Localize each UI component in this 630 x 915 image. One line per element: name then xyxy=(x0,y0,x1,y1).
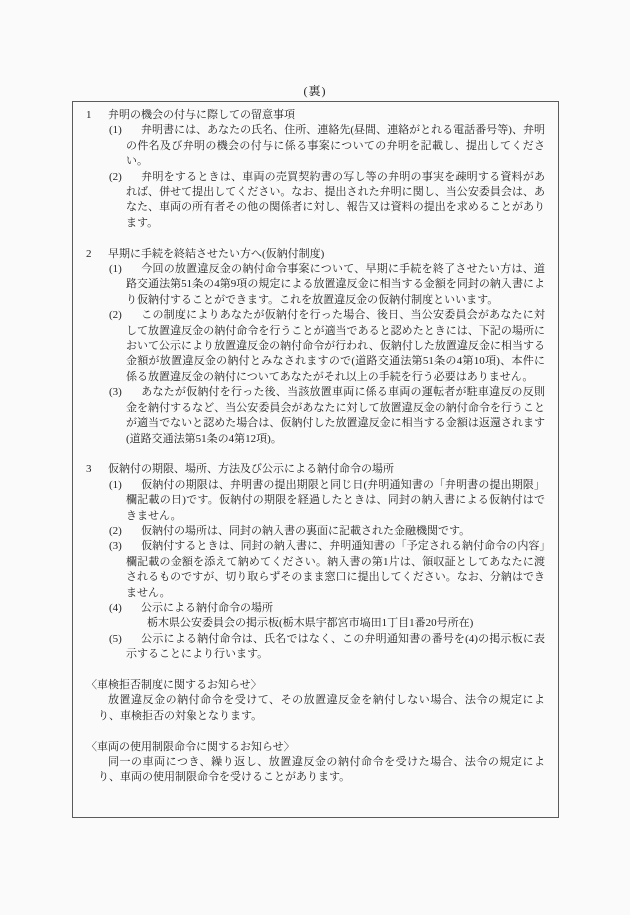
section-kari-nofu-system: 2早期に手続を終結させたい方へ(仮納付制度) (1)今回の放置違反金の納付命令事… xyxy=(86,247,545,447)
notice-body: 放置違反金の納付命令を受けて、その放置違反金を納付しない場合、法令の規定により、… xyxy=(86,693,545,724)
item-text: 弁明をするときは、車両の売買契約書の写し等の弁明の事実を疎明する資料があれば、併… xyxy=(126,171,545,229)
item-text: 仮納付の期限は、弁明書の提出期限と同じ日(弁明通知書の「弁明書の提出期限」欄記載… xyxy=(126,479,545,522)
list-item: (1)仮納付の期限は、弁明書の提出期限と同じ日(弁明通知書の「弁明書の提出期限」… xyxy=(86,478,545,524)
notice-use-restriction: 〈車両の使用制限命令に関するお知らせ〉 同一の車両につき、繰り返し、放置違反金の… xyxy=(86,740,545,786)
item-label: (2) xyxy=(109,170,129,185)
page-side-label: (裏) xyxy=(0,84,630,99)
item-label: (1) xyxy=(109,262,129,277)
section-heading: 3仮納付の期限、場所、方法及び公示による納付命令の場所 xyxy=(86,462,545,477)
section-heading: 1弁明の機会の付与に際しての留意事項 xyxy=(86,108,545,123)
list-item: (2)仮納付の場所は、同封の納入書の裏面に記載された金融機関です。 xyxy=(86,524,545,539)
section-number: 1 xyxy=(86,108,96,123)
section-number: 3 xyxy=(86,462,96,477)
item-text: 仮納付の場所は、同封の納入書の裏面に記載された金融機関です。 xyxy=(141,525,470,537)
list-item: (5)公示による納付命令は、氏名ではなく、この弁明通知書の番号を(4)の掲示板に… xyxy=(86,632,545,663)
item-text: 公示による納付命令の場所 xyxy=(141,602,273,614)
list-item: (1)弁明書には、あなたの氏名、住所、連絡先(昼間、連絡がとれる電話番号等)、弁… xyxy=(86,123,545,169)
list-item: (4)公示による納付命令の場所 xyxy=(86,601,545,616)
notice-body: 同一の車両につき、繰り返し、放置違反金の納付命令を受けた場合、法令の規定により、… xyxy=(86,755,545,786)
item-subtext-bulletin-board-address: 栃木県公安委員会の掲示板(栃木県宇都宮市塙田1丁目1番20号所在) xyxy=(86,616,545,631)
list-item: (2)この制度によりあなたが仮納付を行った場合、後日、当公安委員会があなたに対し… xyxy=(86,308,545,385)
list-item: (3)あなたが仮納付を行った後、当該放置車両に係る車両の運転者が駐車違反の反則金… xyxy=(86,385,545,447)
section-benmei-notes: 1弁明の機会の付与に際しての留意事項 (1)弁明書には、あなたの氏名、住所、連絡… xyxy=(86,108,545,231)
item-text: この制度によりあなたが仮納付を行った場合、後日、当公安委員会があなたに対して放置… xyxy=(126,309,545,383)
item-text: あなたが仮納付を行った後、当該放置車両に係る車両の運転者が駐車違反の反則金を納付… xyxy=(126,386,545,444)
list-item: (2)弁明をするときは、車両の売買契約書の写し等の弁明の事実を疎明する資料があれ… xyxy=(86,170,545,232)
item-text: 弁明書には、あなたの氏名、住所、連絡先(昼間、連絡がとれる電話番号等)、弁明の件… xyxy=(126,124,545,167)
item-label: (1) xyxy=(109,478,129,493)
notice-title: 〈車検拒否制度に関するお知らせ〉 xyxy=(86,678,545,693)
section-heading: 2早期に手続を終結させたい方へ(仮納付制度) xyxy=(86,247,545,262)
content-box: 1弁明の機会の付与に際しての留意事項 (1)弁明書には、あなたの氏名、住所、連絡… xyxy=(72,101,559,818)
item-text: 今回の放置違反金の納付命令事案について、早期に手続を終了させたい方は、道路交通法… xyxy=(126,263,545,306)
item-label: (2) xyxy=(109,308,129,323)
item-label: (5) xyxy=(109,632,129,647)
section-title: 早期に手続を終結させたい方へ(仮納付制度) xyxy=(108,248,324,260)
item-label: (3) xyxy=(109,385,129,400)
item-label: (3) xyxy=(109,539,129,554)
item-label: (1) xyxy=(109,123,129,138)
section-title: 仮納付の期限、場所、方法及び公示による納付命令の場所 xyxy=(108,463,394,475)
item-text: 仮納付するときは、同封の納入書に、弁明通知書の「予定される納付命令の内容」欄記載… xyxy=(126,540,545,598)
item-text: 公示による納付命令は、氏名ではなく、この弁明通知書の番号を(4)の掲示板に表示す… xyxy=(126,633,545,660)
notice-title: 〈車両の使用制限命令に関するお知らせ〉 xyxy=(86,740,545,755)
list-item: (1)今回の放置違反金の納付命令事案について、早期に手続を終了させたい方は、道路… xyxy=(86,262,545,308)
section-number: 2 xyxy=(86,247,96,262)
section-kari-nofu-details: 3仮納付の期限、場所、方法及び公示による納付命令の場所 (1)仮納付の期限は、弁… xyxy=(86,462,545,662)
item-label: (2) xyxy=(109,524,129,539)
item-label: (4) xyxy=(109,601,129,616)
list-item: (3)仮納付するときは、同封の納入書に、弁明通知書の「予定される納付命令の内容」… xyxy=(86,539,545,601)
document-page: (裏) 1弁明の機会の付与に際しての留意事項 (1)弁明書には、あなたの氏名、住… xyxy=(0,0,630,915)
notice-shaken-refusal: 〈車検拒否制度に関するお知らせ〉 放置違反金の納付命令を受けて、その放置違反金を… xyxy=(86,678,545,724)
section-title: 弁明の機会の付与に際しての留意事項 xyxy=(108,109,295,121)
